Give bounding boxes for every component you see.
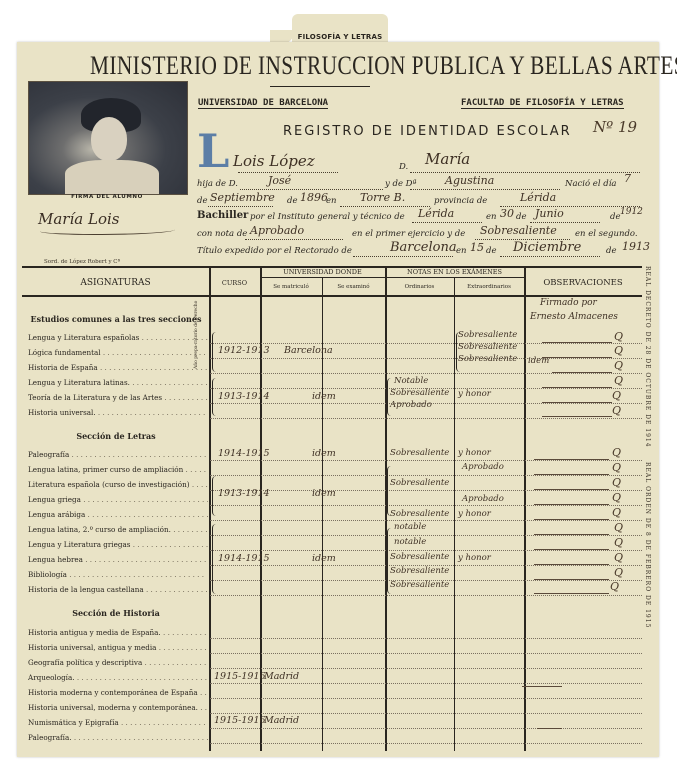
header-se-matriculo: Se matriculó [260, 284, 322, 290]
subject-row: Lengua latina, 2.º curso de ampliación. [28, 525, 208, 534]
observation-mark: Q [612, 446, 621, 459]
subject-row: Historia de la lengua castellana [28, 585, 208, 594]
mother-name: Agustina [445, 174, 494, 187]
titulo-year: 1913 [622, 240, 650, 253]
subject-row: Arqueología. [28, 673, 208, 682]
curso-entry: 1915-1916 [214, 671, 266, 682]
universidad-entry: Barcelona [284, 345, 333, 356]
observation-stroke [534, 489, 609, 490]
observation-mark: Q [612, 506, 621, 519]
universidad-entry: Madrid [264, 715, 299, 726]
province: Lérida [520, 191, 556, 204]
titulo-en: en [456, 246, 467, 256]
faculty-name: FACULTAD DE FILOSOFÍA Y LETRAS [461, 98, 624, 109]
header-extraordinarios: Extraordinarios [454, 284, 524, 290]
birth-month: Septiembre [210, 191, 275, 204]
born-label: Nació el día [565, 179, 616, 189]
header-se-examino: Se examinó [322, 284, 385, 290]
observation-stroke [542, 342, 612, 343]
observation-mark: Q [614, 359, 623, 372]
register-title: REGISTRO DE IDENTIDAD ESCOLAR [283, 124, 572, 139]
observation-stroke [534, 534, 609, 535]
row-line [210, 728, 642, 729]
row-line [210, 595, 642, 596]
grade-extraordinario: Aprobado [462, 494, 504, 504]
observation-stroke [542, 416, 612, 417]
observation-mark: Q [614, 374, 623, 387]
curso-entry: 1915-1916 [214, 715, 266, 726]
nota-label: con nota de [197, 229, 247, 239]
brace [212, 476, 217, 516]
row-line [210, 358, 642, 359]
section-title-historia: Sección de Historia [22, 608, 210, 618]
birth-month-line [208, 206, 273, 207]
observation-mark: Q [612, 461, 621, 474]
bachiller-text: por el Instituto general y técnico de [250, 212, 405, 222]
grade-ordinario: Sobresaliente [390, 566, 449, 576]
titulo-label: Título expedido por el Rectorado de [197, 246, 352, 256]
rectorado: Barcelona [390, 240, 457, 255]
grade-extraordinario: y honor [458, 448, 491, 458]
universidad-entry: idem [312, 553, 336, 564]
subject-row: Paleografía. [28, 733, 208, 742]
observation-mark: Q [614, 521, 623, 534]
row-line [210, 713, 642, 714]
surname-line [238, 172, 338, 173]
titulo-day: 15 [470, 241, 484, 254]
father-name: José [268, 174, 291, 187]
observation-mark: Q [614, 536, 623, 549]
observation-stroke [534, 564, 609, 565]
subject-row: Historia universal, moderna y contemporá… [28, 703, 208, 712]
row-line [210, 343, 642, 344]
bach-month-line [530, 222, 600, 223]
curso-entry: 1912-1913 [218, 345, 270, 356]
subject-row: Historia de España [28, 363, 208, 372]
observation-mark: Q [614, 344, 623, 357]
row-line [210, 418, 642, 419]
birth-day: 7 [624, 172, 631, 185]
header-universidad: UNIVERSIDAD DONDE [260, 268, 385, 276]
bach-year: 1912 [620, 207, 643, 217]
preparatory-note: Año prepa-ratorio de Derecho [194, 301, 199, 369]
row-line [210, 505, 642, 506]
student-given-name: María [425, 150, 470, 168]
birth-place-line [340, 206, 430, 207]
table-header-rule [22, 295, 642, 297]
institute: Lérida [418, 207, 454, 220]
ministry-title: MINISTERIO DE INSTRUCCION PUBLICA Y BELL… [90, 51, 582, 81]
nota-first-line [245, 239, 343, 240]
observation-mark: Q [612, 491, 621, 504]
observation-note: Ernesto Almacenes [530, 312, 618, 322]
grade-ordinario: Sobresaliente [390, 448, 449, 458]
titulo-de-year: de [606, 246, 616, 256]
observation-stroke [534, 579, 609, 580]
observation-mark: Q [612, 476, 621, 489]
en-label: en [326, 196, 337, 206]
observation-stroke [542, 402, 612, 403]
row-line [210, 550, 642, 551]
observation-stroke [542, 387, 612, 388]
printer-credit: Sord. de López Robert y Cª [44, 259, 120, 265]
subject-row: Bibliología [28, 570, 208, 579]
grade-extraordinario: Aprobado [462, 462, 504, 472]
subject-row: Lengua griega [28, 495, 208, 504]
subject-row: Teoría de la Literatura y de las Artes [28, 393, 208, 402]
observation-stroke [534, 474, 609, 475]
curso-entry: 1914-1915 [218, 448, 270, 459]
subject-row: Historia antigua y media de España. [28, 628, 208, 637]
order-note: REAL ORDEN DE 8 DE FEBRERO DE 1915 [644, 462, 651, 628]
universidad-entry: idem [312, 488, 336, 499]
subject-row: Geografía política y descriptiva [28, 658, 208, 667]
row-line [210, 520, 642, 521]
brace [212, 524, 217, 594]
titulo-month-line [500, 256, 600, 257]
student-surname: Lois López [233, 152, 315, 170]
subject-row: Lengua y Literatura españolas [28, 333, 208, 342]
register-number: Nº 19 [593, 118, 637, 136]
grade-ordinario: notable [394, 537, 426, 547]
row-line [210, 743, 642, 744]
bach-de-label: de [516, 212, 526, 222]
observation-stroke [552, 372, 612, 373]
grade-ordinario: Notable [394, 376, 428, 386]
grade-ordinario: Sobresaliente [390, 478, 449, 488]
row-line [210, 490, 642, 491]
bachiller-label: Bachiller [197, 210, 248, 221]
subject-row: Historia moderna y contemporánea de Espa… [28, 688, 208, 697]
subject-row: Lengua y Literatura griegas [28, 540, 208, 549]
photo-body [65, 160, 159, 194]
header-notas: NOTAS EN LOS EXÁMENES [385, 268, 524, 276]
col-divider-notas [524, 266, 526, 751]
province-label: provincia de [434, 196, 487, 206]
university-name: UNIVERSIDAD DE BARCELONA [198, 98, 328, 109]
brace [212, 378, 217, 416]
section-title-comunes: Estudios comunes a las tres secciones [22, 314, 210, 324]
header-ordinarios: Ordinarios [385, 284, 454, 290]
de-year-label: de [287, 196, 297, 206]
grade-ordinario: notable [394, 522, 426, 532]
grade-extraordinario: y honor [458, 389, 491, 399]
tab-label: FILOSOFÍA Y LETRAS [292, 33, 388, 41]
universidad-entry: idem [312, 448, 336, 459]
bach-day: 30 [500, 207, 514, 220]
given-name-line [410, 172, 640, 173]
row-line [210, 683, 642, 684]
province-line [500, 206, 640, 207]
grade-ordinario: Sobresaliente [390, 580, 449, 590]
subject-row: Lengua hebrea [28, 555, 208, 564]
curso-entry: 1913-1914 [218, 391, 270, 402]
rectorado-line [353, 256, 453, 257]
birth-place: Torre B. [360, 191, 405, 204]
row-line [210, 668, 642, 669]
subject-row: Numismática y Epigrafía [28, 718, 208, 727]
subject-row: Literatura española (curso de investigac… [28, 480, 208, 489]
observation-mark: Q [610, 580, 619, 593]
observation-stroke [522, 686, 562, 687]
observation-note: Firmado por [540, 298, 597, 308]
father-line [240, 189, 383, 190]
subject-row: Lógica fundamental [28, 348, 208, 357]
observation-mark: Q [614, 566, 623, 579]
de-label: de [197, 196, 207, 206]
subject-row: Historia universal, antigua y media [28, 643, 208, 652]
header-asignaturas: ASIGNATURAS [22, 278, 209, 288]
row-line [210, 698, 642, 699]
curso-entry: 1914-1915 [218, 553, 270, 564]
subject-row: Lengua latina, primer curso de ampliació… [28, 465, 208, 474]
row-line [210, 460, 642, 461]
subject-row: Historia universal. [28, 408, 208, 417]
grade-extraordinario: y honor [458, 553, 491, 563]
row-line [210, 373, 642, 374]
header-observaciones: OBSERVACIONES [524, 278, 642, 288]
mother-label: y de Dª [385, 179, 417, 189]
grades-table: ASIGNATURAS CURSO UNIVERSIDAD DONDE Se m… [22, 266, 642, 751]
grade-ordinario: Sobresaliente [390, 388, 449, 398]
subject-row: Paleografía [28, 450, 208, 459]
subject-row: Lengua arábiga [28, 510, 208, 519]
col-divider-asignaturas [209, 266, 211, 751]
institute-line [412, 222, 482, 223]
subject-row: Lengua y Literatura latinas. [28, 378, 208, 387]
observation-stroke [542, 357, 612, 358]
brace [212, 332, 217, 372]
grade-ordinario: Sobresaliente [390, 509, 449, 519]
grade-ordinario: Sobresaliente [390, 552, 449, 562]
title-divider [270, 86, 370, 87]
titulo-de: de [486, 246, 496, 256]
section-title-letras: Sección de Letras [22, 431, 210, 441]
titulo-month: Diciembre [513, 240, 581, 255]
grade-extraordinario: y honor [458, 509, 491, 519]
observation-mark: Q [612, 404, 621, 417]
row-line [210, 475, 642, 476]
observation-stroke [537, 728, 562, 729]
subheader-rule [260, 277, 524, 278]
observation-mark: Q [614, 551, 623, 564]
decree-note: REAL DECRETO DE 28 DE OCTUBRE DE 1914 [644, 266, 651, 448]
grade-extraordinario: Sobresaliente [458, 342, 517, 352]
row-line [210, 653, 642, 654]
bach-de-year: de [610, 212, 620, 222]
observation-stroke [534, 504, 609, 505]
d-label: D. [399, 162, 408, 172]
row-line [210, 638, 642, 639]
universidad-entry: Madrid [264, 671, 299, 682]
bach-en-label: en [486, 212, 497, 222]
birth-year: 1896 [300, 191, 328, 204]
nota-first: Aprobado [250, 224, 304, 237]
child-of-label: hija de D. [197, 179, 238, 189]
observation-stroke [534, 549, 609, 550]
bach-month: Junio [535, 207, 564, 220]
col-divider-ordinarios [454, 278, 455, 751]
nota-second: Sobresaliente [480, 224, 557, 237]
curso-entry: 1913-1914 [218, 488, 270, 499]
row-line [210, 535, 642, 536]
photo-caption: FIRMA DEL ALUMNO [28, 194, 186, 200]
student-photo [28, 81, 188, 195]
mother-line [410, 189, 560, 190]
observation-stroke [534, 519, 609, 520]
grade-extraordinario: Sobresaliente [458, 330, 517, 340]
first-exercise-label: en el primer ejercicio y de [352, 229, 465, 239]
photo-face [91, 117, 127, 161]
second-exercise-label: en el segundo. [575, 229, 638, 239]
observation-mark: Q [612, 389, 621, 402]
observation-mark: Q [614, 330, 623, 343]
index-letter: L [197, 128, 229, 174]
observation-stroke [534, 593, 609, 594]
grade-ordinario: Aprobado [390, 400, 432, 410]
header-curso: CURSO [209, 279, 260, 287]
universidad-entry: idem [312, 391, 336, 402]
observation-stroke [534, 459, 609, 460]
grade-extraordinario: Sobresaliente [458, 354, 517, 364]
